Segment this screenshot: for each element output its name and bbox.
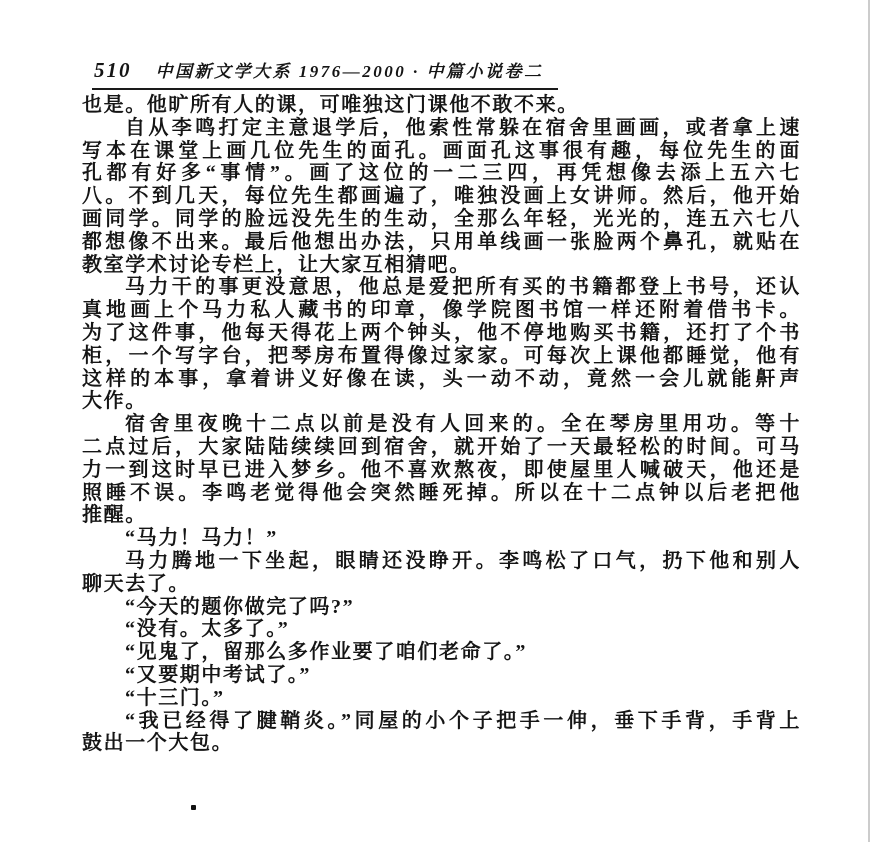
text-line: 柜，一个写字台，把琴房布置得像过家家。可每次上课他都睡觉，他有 (82, 345, 801, 368)
text-line: 鼓出一个大包。 (82, 732, 801, 755)
text-line: 这样的本事，拿着讲义好像在读，头一动不动，竟然一会儿就能鼾声 (82, 368, 801, 391)
text-line: “十三门。” (82, 687, 801, 710)
text-line: “又要期中考试了。” (82, 664, 801, 687)
text-line: 真地画上个马力私人藏书的印章，像学院图书馆一样还附着借书卡。 (82, 299, 801, 322)
text-line: 马力腾地一下坐起，眼睛还没睁开。李鸣松了口气，扔下他和别人 (82, 550, 801, 573)
text-line: 自从李鸣打定主意退学后，他索性常躲在宿舍里画画，或者拿上速 (82, 117, 801, 140)
text-line: 照睡不误。李鸣老觉得他会突然睡死掉。所以在十二点钟以后老把他 (82, 482, 801, 505)
text-line: 教室学术讨论专栏上，让大家互相猜吧。 (82, 254, 801, 277)
header-title: 中国新文学大系 1976—2000 · 中篇小说卷二 (156, 62, 544, 81)
page-header: 510中国新文学大系 1976—2000 · 中篇小说卷二 (92, 57, 558, 90)
text-line: 也是。他旷所有人的课，可唯独这门课他不敢不来。 (82, 94, 801, 117)
text-line: 聊天去了。 (82, 573, 801, 596)
text-line: 孔都有好多“事情”。画了这位的一二三四，再凭想像去添上五六七 (82, 162, 801, 185)
text-line: “我已经得了腱鞘炎。”同屋的小个子把手一伸，垂下手背，手背上 (82, 710, 801, 733)
text-line: 大作。 (82, 390, 801, 413)
text-line: 为了这件事，他每天得花上两个钟头，他不停地购买书籍，还打了个书 (82, 322, 801, 345)
text-line: 宿舍里夜晚十二点以前是没有人回来的。全在琴房里用功。等十 (82, 413, 801, 436)
text-line: 画同学。同学的脸远没先生的生动，全那么年轻，光光的，连五六七八 (82, 208, 801, 231)
text-line: 力一到这时早已进入梦乡。他不喜欢熬夜，即使屋里人喊破天，他还是 (82, 459, 801, 482)
text-line: 写本在课堂上画几位先生的面孔。画面孔这事很有趣，每位先生的面 (82, 140, 801, 163)
text-line: “今天的题你做完了吗?” (82, 596, 801, 619)
text-line: “没有。太多了。” (82, 618, 801, 641)
text-line: 八。不到几天，每位先生都画遍了，唯独没画上女讲师。然后，他开始 (82, 185, 801, 208)
text-line: 都想像不出来。最后他想出办法，只用单线画一张脸两个鼻孔，就贴在 (82, 231, 801, 254)
text-line: 马力干的事更没意思，他总是爱把所有买的书籍都登上书号，还认 (82, 276, 801, 299)
text-line: 推醒。 (82, 504, 801, 527)
text-line: “马力！马力！” (82, 527, 801, 550)
text-line: 二点过后，大家陆陆续续回到宿舍，就开始了一天最轻松的时间。可马 (82, 436, 801, 459)
page-body: 也是。他旷所有人的课，可唯独这门课他不敢不来。自从李鸣打定主意退学后，他索性常躲… (82, 94, 801, 755)
ink-dot-artifact (191, 805, 196, 810)
page-number: 510 (94, 58, 132, 82)
scanned-book-page: 510中国新文学大系 1976—2000 · 中篇小说卷二 也是。他旷所有人的课… (0, 0, 870, 842)
text-line: “见鬼了，留那么多作业要了咱们老命了。” (82, 641, 801, 664)
